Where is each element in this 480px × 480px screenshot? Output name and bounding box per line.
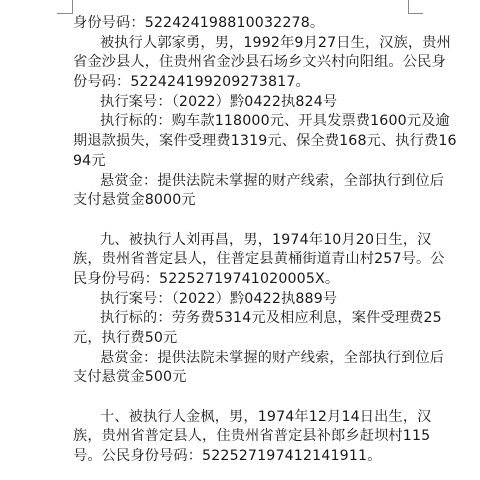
text-line: 94元 (73, 152, 407, 172)
page-corner-mark-top-right (408, 0, 423, 14)
text-line: 族，贵州省普定县人，住普定县黄桶街道青山村257号。公 (73, 250, 407, 270)
text-line: 支付悬赏金500元 (73, 368, 407, 388)
page-corner-mark-top-left (57, 0, 73, 14)
text-line: 身份号码：522424198810032278。 (73, 14, 407, 34)
text-line: 十、被执行人金枫，男，1974年12月14日出生，汉 (73, 408, 407, 428)
text-line: 期退款损失，案件受理费1319元、保全费168元、执行费16 (73, 132, 407, 152)
text-line: 族，贵州省普定县人，住贵州省普定县补郎乡赶坝村115 (73, 427, 407, 447)
text-line: 执行案号：（2022）黔0422执824号 (73, 93, 407, 113)
text-line: 执行标的：劳务费5314元及相应利息，案件受理费25 (73, 309, 407, 329)
text-line: 执行案号：（2022）黔0422执889号 (73, 290, 407, 310)
blank-line (73, 388, 407, 408)
text-line: 被执行人郭家勇，男，1992年9月27日生，汉族，贵州 (73, 34, 407, 54)
text-line: 九、被执行人刘再昌，男，1974年10月20日生，汉 (73, 231, 407, 251)
text-line: 省金沙县人，住贵州省金沙县石场乡文兴村向阳组。公民身 (73, 53, 407, 73)
text-line: 元，执行费50元 (73, 329, 407, 349)
text-line: 民身份号码：52252719741020005X。 (73, 270, 407, 290)
text-line: 号。公民身份号码：522527197412141911。 (73, 447, 407, 467)
text-line: 悬赏金：提供法院未掌握的财产线索，全部执行到位后 (73, 349, 407, 369)
text-line: 支付悬赏金8000元 (73, 191, 407, 211)
text-line: 份号码：522424199209273817。 (73, 73, 407, 93)
text-line: 执行标的：购车款118000元、开具发票费1600元及逾 (73, 112, 407, 132)
document-page: 身份号码：522424198810032278。 被执行人郭家勇，男，1992年… (73, 14, 407, 467)
text-line: 悬赏金：提供法院未掌握的财产线索，全部执行到位后 (73, 172, 407, 192)
blank-line (73, 211, 407, 231)
